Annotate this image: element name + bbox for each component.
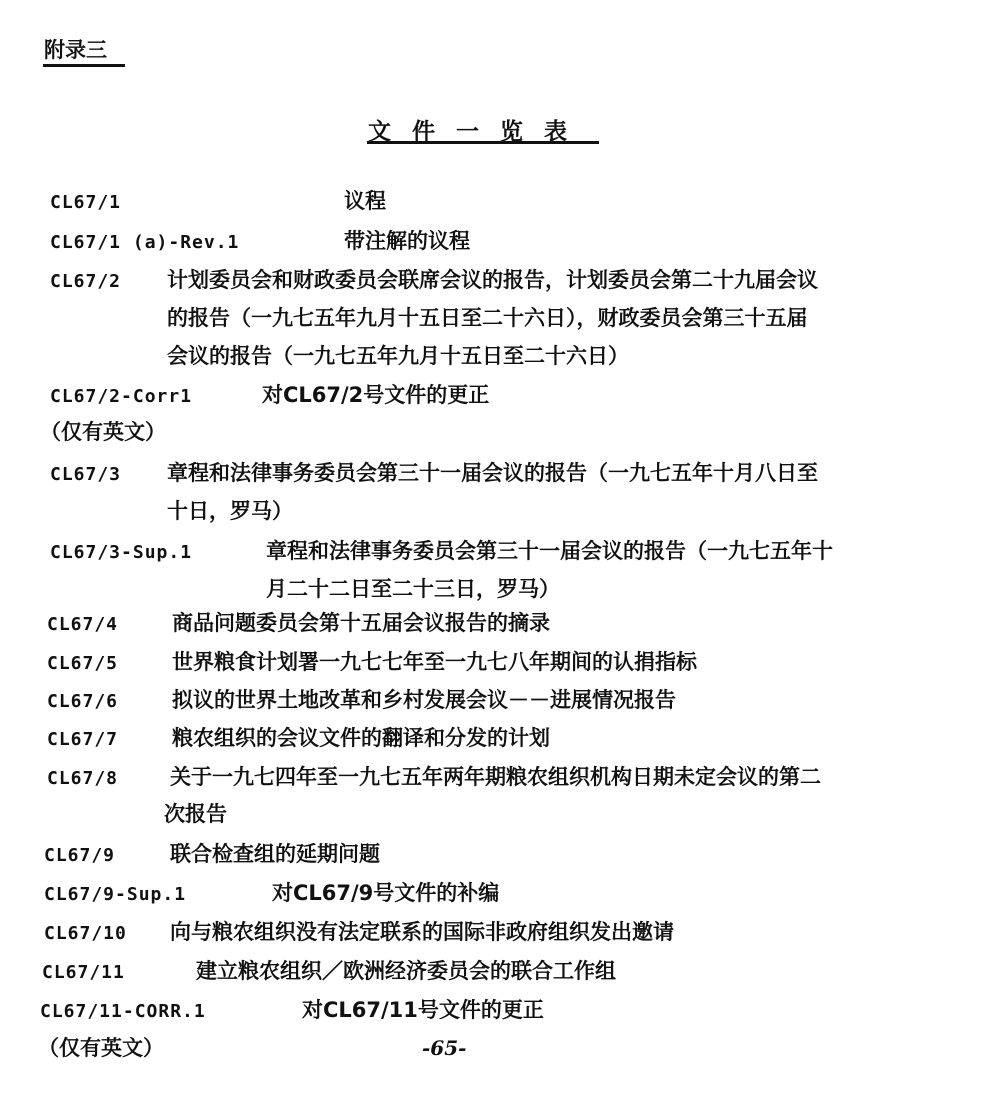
document-entry: CL67/5 bbox=[47, 648, 118, 678]
document-description: 联合检查组的延期问题 bbox=[170, 840, 380, 868]
description-line: 对CL67/2号文件的更正 bbox=[262, 383, 489, 407]
document-code: CL67/3-Sup.1 bbox=[50, 542, 192, 563]
document-code: CL67/5 bbox=[47, 653, 118, 674]
document-entry: CL67/9 bbox=[44, 840, 115, 870]
description-line: 建立粮农组织／欧洲经济委员会的联合工作组 bbox=[196, 959, 616, 983]
document-description: 次报告 bbox=[164, 800, 227, 828]
language-note: （仅有英文） bbox=[40, 418, 166, 446]
document-entry: CL67/6 bbox=[47, 686, 118, 716]
document-code: CL67/4 bbox=[47, 614, 118, 635]
description-line: 章程和法律事务委员会第三十一届会议的报告（一九七五年十 bbox=[266, 539, 833, 563]
document-code: CL67/6 bbox=[47, 691, 118, 712]
document-code: CL67/1 bbox=[50, 192, 121, 213]
document-entry: CL67/7 bbox=[47, 724, 118, 754]
description-line: 拟议的世界土地改革和乡村发展会议－－进展情况报告 bbox=[172, 688, 676, 712]
document-entry: CL67/11-CORR.1 bbox=[40, 996, 206, 1026]
appendix-label: 附录三 bbox=[44, 34, 107, 64]
document-description: 的报告（一九七五年九月十五日至二十六日），财政委员会第三十五届 bbox=[167, 304, 808, 332]
document-code: CL67/9 bbox=[44, 845, 115, 866]
description-line: 会议的报告（一九七五年九月十五日至二十六日） bbox=[167, 344, 629, 368]
description-line: 议程 bbox=[344, 189, 386, 213]
document-entry: CL67/4 bbox=[47, 609, 118, 639]
description-line: 联合检查组的延期问题 bbox=[170, 842, 380, 866]
document-code: CL67/11 bbox=[42, 962, 125, 983]
document-description: 月二十二日至二十三日，罗马） bbox=[266, 575, 560, 603]
description-line: 章程和法律事务委员会第三十一届会议的报告（一九七五年十月八日至 bbox=[167, 461, 818, 485]
document-description: 世界粮食计划署一九七七年至一九七八年期间的认捐指标 bbox=[172, 648, 697, 676]
description-line: 向与粮农组织没有法定联系的国际非政府组织发出邀请 bbox=[170, 920, 674, 944]
document-entry: CL67/2 bbox=[50, 266, 121, 296]
document-description: 关于一九七四年至一九七五年两年期粮农组织机构日期未定会议的第二 bbox=[170, 763, 821, 791]
document-entry: CL67/2-Corr1 bbox=[50, 381, 192, 411]
document-code: CL67/11-CORR.1 bbox=[40, 1001, 206, 1022]
document-description: 对CL67/2号文件的更正 bbox=[262, 381, 489, 409]
description-line: 次报告 bbox=[164, 802, 227, 826]
description-line: 带注解的议程 bbox=[344, 229, 470, 253]
page-number: -65- bbox=[422, 1036, 466, 1060]
description-line: 对CL67/9号文件的补编 bbox=[272, 881, 499, 905]
document-code: CL67/9-Sup.1 bbox=[44, 884, 186, 905]
document-code: CL67/2-Corr1 bbox=[50, 386, 192, 407]
document-code: CL67/1 (a)-Rev.1 bbox=[50, 232, 239, 253]
document-description: 会议的报告（一九七五年九月十五日至二十六日） bbox=[167, 342, 629, 370]
document-entry: CL67/3 bbox=[50, 459, 121, 489]
description-line: 的报告（一九七五年九月十五日至二十六日），财政委员会第三十五届 bbox=[167, 306, 808, 330]
document-entry: CL67/8 bbox=[47, 763, 118, 793]
document-description: 计划委员会和财政委员会联席会议的报告，计划委员会第二十九届会议 bbox=[167, 266, 818, 294]
document-description: 十日，罗马） bbox=[167, 497, 293, 525]
document-entry: CL67/3-Sup.1 bbox=[50, 537, 192, 567]
document-description: 对CL67/11号文件的更正 bbox=[302, 996, 544, 1024]
title-underline bbox=[367, 141, 599, 144]
document-description: 拟议的世界土地改革和乡村发展会议－－进展情况报告 bbox=[172, 686, 676, 714]
language-note: （仅有英文） bbox=[38, 1034, 164, 1062]
document-code: CL67/7 bbox=[47, 729, 118, 750]
document-code: CL67/2 bbox=[50, 271, 121, 292]
document-entry: CL67/1 (a)-Rev.1 bbox=[50, 227, 239, 257]
document-description: 向与粮农组织没有法定联系的国际非政府组织发出邀请 bbox=[170, 918, 674, 946]
description-line: 月二十二日至二十三日，罗马） bbox=[266, 577, 560, 601]
document-description: 章程和法律事务委员会第三十一届会议的报告（一九七五年十月八日至 bbox=[167, 459, 818, 487]
document-entry: CL67/9-Sup.1 bbox=[44, 879, 186, 909]
document-description: 章程和法律事务委员会第三十一届会议的报告（一九七五年十 bbox=[266, 537, 833, 565]
description-line: 世界粮食计划署一九七七年至一九七八年期间的认捐指标 bbox=[172, 650, 697, 674]
description-line: 关于一九七四年至一九七五年两年期粮农组织机构日期未定会议的第二 bbox=[170, 765, 821, 789]
description-line: 十日，罗马） bbox=[167, 499, 293, 523]
description-line: 商品问题委员会第十五届会议报告的摘录 bbox=[172, 611, 550, 635]
document-entry: CL67/1 bbox=[50, 187, 121, 217]
description-line: 对CL67/11号文件的更正 bbox=[302, 998, 544, 1022]
document-description: 建立粮农组织／欧洲经济委员会的联合工作组 bbox=[196, 957, 616, 985]
document-code: CL67/10 bbox=[44, 923, 127, 944]
document-code: CL67/3 bbox=[50, 464, 121, 485]
description-line: 计划委员会和财政委员会联席会议的报告，计划委员会第二十九届会议 bbox=[167, 268, 818, 292]
document-description: 商品问题委员会第十五届会议报告的摘录 bbox=[172, 609, 550, 637]
document-description: 带注解的议程 bbox=[344, 227, 470, 255]
appendix-underline bbox=[43, 64, 125, 67]
document-description: 议程 bbox=[344, 187, 386, 215]
document-code: CL67/8 bbox=[47, 768, 118, 789]
document-entry: CL67/10 bbox=[44, 918, 127, 948]
document-description: 对CL67/9号文件的补编 bbox=[272, 879, 499, 907]
document-entry: CL67/11 bbox=[42, 957, 125, 987]
description-line: 粮农组织的会议文件的翻译和分发的计划 bbox=[172, 726, 550, 750]
document-description: 粮农组织的会议文件的翻译和分发的计划 bbox=[172, 724, 550, 752]
